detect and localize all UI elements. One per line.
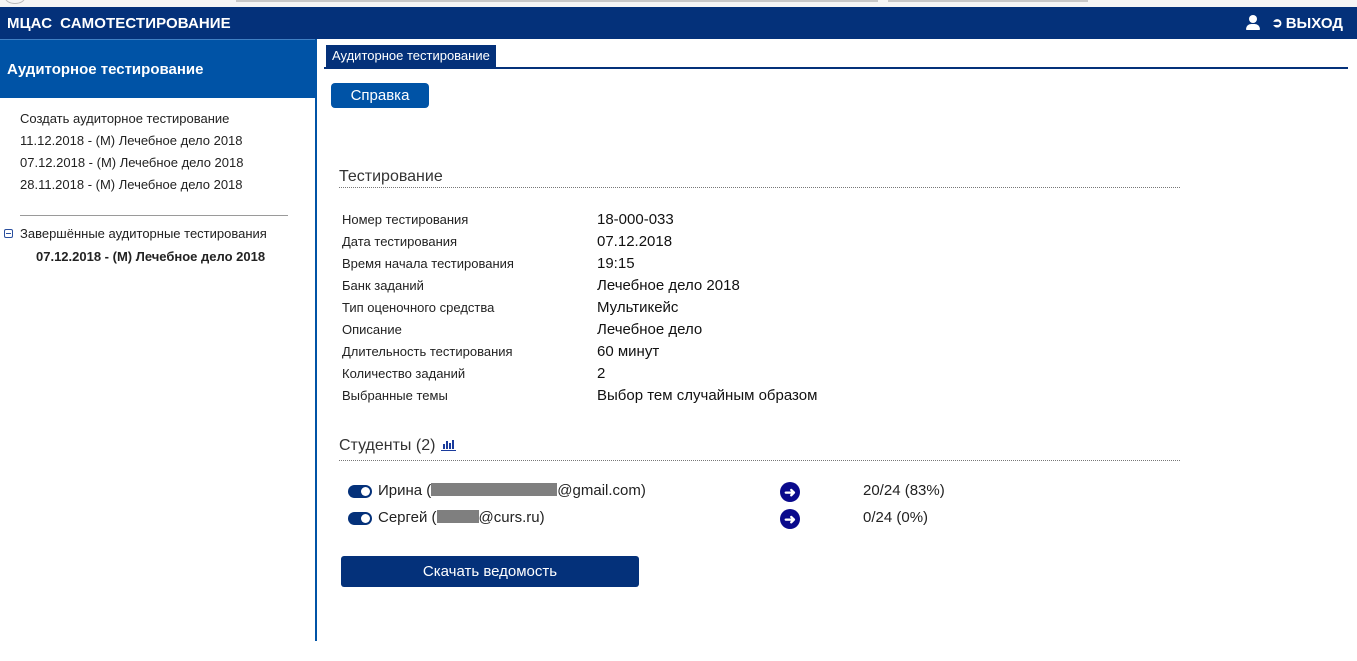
detail-row: Дата тестирования07.12.2018	[342, 230, 817, 252]
detail-row: Количество заданий2	[342, 362, 817, 384]
detail-row: Длительность тестирования60 минут	[342, 340, 817, 362]
student-score: 20/24 (83%)	[863, 482, 945, 499]
student-row: Сергей (@curs.ru) ➜ 0/24 (0%)	[348, 508, 1168, 535]
student-enabled-toggle[interactable]	[348, 485, 372, 498]
minus-square-icon[interactable]	[4, 229, 13, 238]
help-button[interactable]: Справка	[331, 83, 429, 108]
search-bar-fragment	[888, 0, 1088, 2]
section-divider	[339, 460, 1180, 461]
students-title: Студенты (2)	[339, 437, 435, 454]
detail-row: Время начала тестирования19:15	[342, 252, 817, 274]
bar-chart-icon[interactable]	[441, 440, 456, 451]
top-navbar: МЦАССАМОТЕСТИРОВАНИЕ ➲ ВЫХОД	[0, 7, 1357, 39]
sidebar-item-test[interactable]: 07.12.2018 - (М) Лечебное дело 2018	[20, 155, 315, 177]
logout-button[interactable]: ➲ ВЫХОД	[1272, 15, 1343, 32]
student-score: 0/24 (0%)	[863, 509, 928, 526]
student-enabled-toggle[interactable]	[348, 512, 372, 525]
sidebar: Аудиторное тестирование Создать аудиторн…	[0, 39, 317, 641]
tab-bar: Аудиторное тестирование	[324, 45, 1348, 69]
main-content: Аудиторное тестирование Справка Тестиров…	[319, 39, 1357, 639]
testing-details: Номер тестирования18-000-033 Дата тестир…	[342, 208, 817, 406]
sidebar-item-completed-selected[interactable]: 07.12.2018 - (М) Лечебное дело 2018	[36, 249, 315, 264]
detail-row: Номер тестирования18-000-033	[342, 208, 817, 230]
student-row: Ирина (@gmail.com) ➜ 20/24 (83%)	[348, 481, 1168, 508]
brand[interactable]: МЦАССАМОТЕСТИРОВАНИЕ	[7, 15, 231, 32]
sign-out-icon: ➲	[1272, 15, 1283, 31]
student-name: Сергей (@curs.ru)	[378, 509, 545, 526]
user-icon[interactable]	[1244, 14, 1262, 32]
browser-button-fragment	[5, 0, 25, 4]
sidebar-item-create[interactable]: Создать аудиторное тестирование	[20, 111, 315, 133]
sidebar-divider	[20, 215, 288, 216]
section-divider	[339, 187, 1180, 188]
students-list: Ирина (@gmail.com) ➜ 20/24 (83%) Сергей …	[348, 481, 1168, 535]
redacted-email	[431, 483, 557, 496]
detail-row: Выбранные темыВыбор тем случайным образо…	[342, 384, 817, 406]
testing-section-title: Тестирование	[339, 168, 443, 186]
students-section-title: Студенты (2)	[339, 437, 456, 455]
arrow-right-circle-icon[interactable]: ➜	[780, 482, 800, 502]
student-name: Ирина (@gmail.com)	[378, 482, 646, 499]
detail-row: Банк заданийЛечебное дело 2018	[342, 274, 817, 296]
sidebar-title: Аудиторное тестирование	[0, 39, 315, 98]
sidebar-item-test[interactable]: 28.11.2018 - (М) Лечебное дело 2018	[20, 177, 315, 199]
logout-label: ВЫХОД	[1286, 15, 1343, 32]
sidebar-item-test[interactable]: 11.12.2018 - (М) Лечебное дело 2018	[20, 133, 315, 155]
completed-group-toggle[interactable]: Завершённые аудиторные тестирования	[4, 226, 315, 241]
browser-chrome-strip	[0, 0, 1357, 7]
brand-abbr: МЦАС	[7, 15, 52, 32]
completed-group-label: Завершённые аудиторные тестирования	[20, 226, 267, 241]
detail-row: Тип оценочного средстваМультикейс	[342, 296, 817, 318]
sidebar-list: Создать аудиторное тестирование 11.12.20…	[0, 98, 315, 199]
redacted-email	[437, 510, 479, 523]
arrow-right-circle-icon[interactable]: ➜	[780, 509, 800, 529]
download-report-button[interactable]: Скачать ведомость	[341, 556, 639, 587]
app-name: САМОТЕСТИРОВАНИЕ	[60, 15, 231, 32]
detail-row: ОписаниеЛечебное дело	[342, 318, 817, 340]
address-bar-fragment	[236, 0, 878, 2]
tab-audit-testing[interactable]: Аудиторное тестирование	[326, 45, 496, 67]
